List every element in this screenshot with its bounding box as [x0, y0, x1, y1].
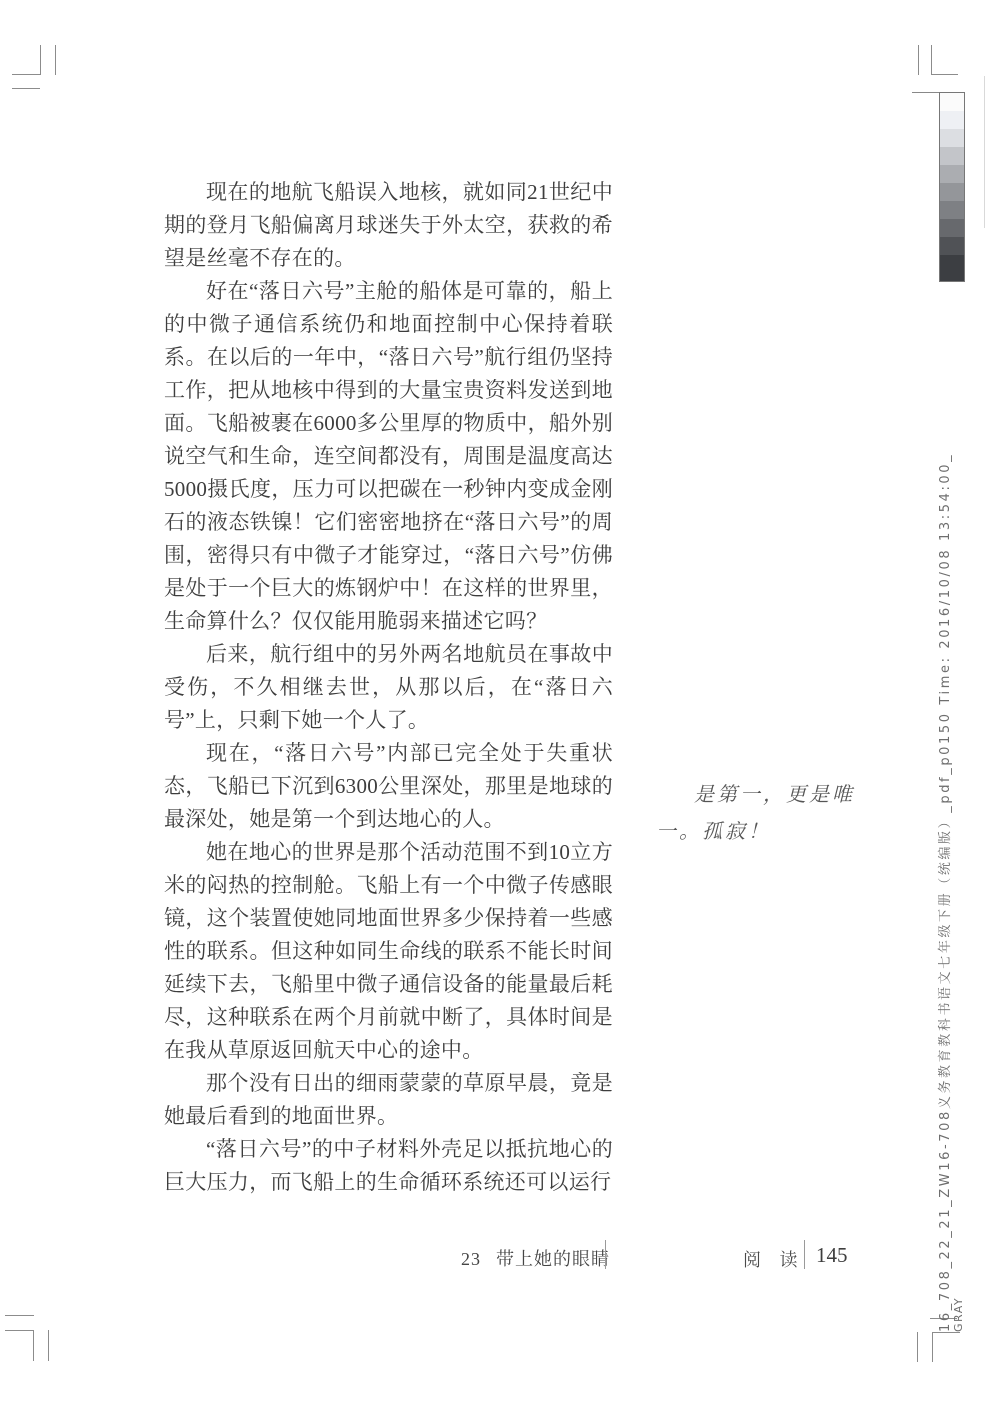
crop-mark-top-left	[12, 74, 40, 75]
print-info-text: 16_708_22_21_ZW16-708义务教育教科书语文七年级下册（统编版）…	[938, 212, 953, 1332]
footer-lesson: 23带上她的眼睛	[461, 1245, 610, 1271]
lesson-title: 带上她的眼睛	[496, 1249, 610, 1269]
article-paragraph: 那个没有日出的细雨蒙蒙的草原早晨，竟是她最后看到的地面世界。	[164, 1067, 613, 1133]
article-paragraph: 她在地心的世界是那个活动范围不到10立方米的闷热的控制舱。飞船上有一个中微子传感…	[164, 836, 613, 1067]
crop-mark-top-left	[55, 45, 56, 75]
crop-mark-bottom-left	[33, 1330, 34, 1361]
footer-divider	[605, 1240, 606, 1269]
grayscale-step	[940, 111, 964, 129]
grayscale-step	[940, 129, 964, 147]
article-paragraph: 后来，航行组中的另外两名地航员在事故中受伤，不久相继去世，从那以后，在“落日六号…	[164, 638, 613, 737]
crop-mark-bottom-right	[917, 1332, 918, 1362]
article-paragraph: 现在，“落日六号”内部已完全处于失重状态，飞船已下沉到6300公里深处，那里是地…	[164, 737, 613, 836]
crop-mark-top-right	[931, 74, 958, 75]
annotation-line: 一。孤寂！	[656, 814, 871, 851]
print-production-sidebar: 16_708_22_21_ZW16-708义务教育教科书语文七年级下册（统编版）…	[938, 212, 965, 1332]
wedge-lead-line	[912, 92, 940, 93]
grayscale-step	[940, 183, 964, 201]
crop-mark-bottom-right	[932, 1332, 933, 1362]
crop-mark-bottom-right	[932, 1332, 960, 1333]
crop-mark-top-right	[931, 45, 932, 75]
article-paragraph: “落日六号”的中子材料外壳足以抵抗地心的巨大压力，而飞船上的生命循环系统还可以运…	[164, 1133, 613, 1199]
grayscale-step	[940, 93, 964, 111]
lesson-number: 23	[461, 1249, 481, 1269]
page-number: 145	[816, 1243, 848, 1268]
gray-label: GRAY	[953, 212, 965, 1332]
scan-edge-artifact	[984, 76, 985, 228]
crop-mark-bottom-left	[48, 1330, 49, 1361]
crop-mark-top-left	[12, 88, 40, 89]
footer-divider	[804, 1240, 805, 1269]
grayscale-step	[940, 147, 964, 165]
section-label: 阅 读	[743, 1246, 805, 1272]
grayscale-step	[940, 165, 964, 183]
crop-mark-bottom-left	[5, 1330, 34, 1331]
annotation-line: 是第一，更是唯	[656, 777, 871, 814]
article-paragraph: 现在的地航飞船误入地核，就如同21世纪中期的登月飞船偏离月球迷失于外太空，获救的…	[164, 176, 613, 275]
crop-mark-top-right	[918, 45, 919, 75]
crop-mark-top-left	[40, 45, 41, 75]
crop-mark-bottom-left	[5, 1315, 34, 1316]
article-body: 现在的地航飞船误入地核，就如同21世纪中期的登月飞船偏离月球迷失于外太空，获救的…	[164, 176, 613, 1199]
margin-annotation: 是第一，更是唯 一。孤寂！	[656, 777, 871, 851]
article-paragraph: 好在“落日六号”主舱的船体是可靠的，船上的中微子通信系统仍和地面控制中心保持着联…	[164, 275, 613, 638]
scanned-textbook-page: 现在的地航飞船误入地核，就如同21世纪中期的登月飞船偏离月球迷失于外太空，获救的…	[0, 0, 989, 1411]
